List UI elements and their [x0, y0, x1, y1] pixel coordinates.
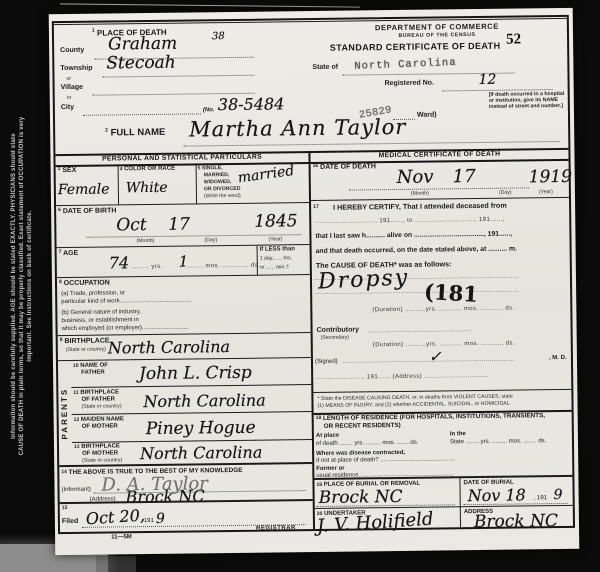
- form-imprint: 11—5M: [111, 534, 132, 541]
- mother-name-value: Piney Hogue: [146, 418, 256, 439]
- contributory-sub: (Secondary): [321, 335, 349, 342]
- birth-month-value: Oct: [116, 215, 147, 235]
- field-number: 1: [92, 28, 95, 34]
- ward-label: Ward): [417, 111, 437, 119]
- birth-day-sub: (Day): [204, 237, 217, 243]
- left-margin-instructions: information should be carefully supplied…: [9, 0, 37, 572]
- age-years-value: 74: [109, 253, 130, 272]
- file-no-label: (No.: [203, 107, 215, 114]
- birth-year-sub: (Year): [268, 236, 282, 242]
- parents-vertical-label: PARENTS: [60, 374, 70, 454]
- cause-value: Dropsy: [317, 265, 409, 294]
- sex-label: 3 SEX: [58, 167, 77, 175]
- certificate-title: STANDARD CERTIFICATE OF DEATH: [300, 40, 530, 53]
- sex-color-marital-row: 3 SEX Female 4 COLOR OR RACE White 5 SIN…: [56, 162, 309, 205]
- margin-line-3: important. See instructions on back of c…: [26, 16, 34, 556]
- sex-cell: 3 SEX Female: [56, 164, 119, 205]
- undertaker-address-value: Brock NC: [474, 511, 558, 532]
- death-month-value: Nov: [397, 167, 434, 188]
- residence-block: 18 LENGTH OF RESIDENCE (FOR HOSPITALS, I…: [314, 411, 573, 478]
- cause-code: (181: [423, 279, 478, 307]
- filed-date-value: Oct 20,: [85, 506, 145, 529]
- burial-year-hw: 9: [554, 487, 563, 503]
- residence-in-state: State ........ yrs. ......... mos. .....…: [450, 438, 546, 446]
- county-value: Graham: [108, 34, 177, 55]
- certify-line-1: I HEREBY CERTIFY, That I attended deceas…: [333, 202, 507, 212]
- cause-of-death-block: The CAUSE OF DEATH* was as follows: ....…: [312, 257, 571, 325]
- death-month-sub: (Month): [411, 191, 429, 197]
- birthplace-value: North Carolina: [108, 337, 230, 357]
- mother-birthplace-value: North Carolina: [140, 443, 262, 463]
- certificate-number: 52: [506, 31, 521, 48]
- or-label-1: or: [66, 76, 71, 82]
- age-label: 7 AGE: [59, 250, 79, 258]
- certify-line-2: ............................., 191......…: [315, 217, 505, 227]
- death-day-value: 17: [453, 166, 476, 187]
- father-name-value: John L. Crisp: [139, 363, 252, 384]
- certify-block: 17 I HEREBY CERTIFY, That I attended dec…: [311, 197, 570, 261]
- certify-line-4: and that death occurred, on the date sta…: [316, 246, 517, 255]
- father-birthplace-value: North Carolina: [143, 391, 265, 411]
- death-year-sub: (Year): [539, 189, 553, 195]
- occupation-row: 8 OCCUPATION (a) Trade, profession, or p…: [57, 274, 311, 336]
- township-value: Stecoah: [106, 53, 176, 74]
- township-line: [102, 75, 254, 78]
- residence-label: 18 LENGTH OF RESIDENCE (FOR HOSPITALS, I…: [316, 412, 545, 422]
- age-years-unit: ........ yrs.: [133, 264, 163, 272]
- filed-year-hw: 9: [156, 511, 165, 527]
- marital-sub: (Write the word): [204, 193, 241, 200]
- hospital-note: [If death occurred in a hospital or inst…: [489, 91, 565, 111]
- informant-label: (Informant): [61, 487, 90, 495]
- marital-label: 5 SINGLE,: [198, 165, 223, 172]
- full-name-label: 2 FULL NAME: [105, 128, 165, 140]
- filed-number: 15: [62, 505, 68, 511]
- scanner-gray-patch-small: [96, 556, 136, 572]
- burial-place-cell: 19 PLACE OF BURIAL OR REMOVAL Brock NC: [314, 478, 460, 510]
- father-birthplace-row: 11 BIRTHPLACE OF FATHER (State or countr…: [71, 384, 311, 415]
- sex-value: Female: [58, 181, 110, 198]
- residence-contracted: if not at place of death? ..............…: [316, 456, 455, 465]
- mother-name-row: 12 MAIDEN NAME OF MOTHER Piney Hogue: [72, 411, 312, 443]
- full-name-line: [183, 141, 559, 147]
- burial-place-value: Brock NC: [319, 487, 403, 508]
- scanned-death-certificate: information should be carefully supplied…: [0, 0, 600, 572]
- death-date-row: 16 DATE OF DEATH Nov 17 1919 (Month) (Da…: [311, 159, 569, 200]
- age-months-unit: ........ mos. ............. ds.: [187, 263, 261, 272]
- birthplace-sub: (State or country): [66, 347, 106, 354]
- township-label: Township: [60, 65, 92, 73]
- filed-row: 15 Filed Oct 20, 191 9 REGISTRAR: [60, 499, 313, 534]
- contributory-duration: (Duration) ..........yrs. ........... mo…: [373, 341, 515, 351]
- signed-date-address-line: ......................., 191...... (Addr…: [315, 373, 488, 383]
- film-scratch: [60, 3, 360, 7]
- birth-date-row: 6 DATE OF BIRTH Oct 17 1845 (Month) (Day…: [56, 202, 310, 248]
- registered-no-value: 12: [478, 72, 496, 88]
- margin-line-2: CAUSE OF DEATH in plain terms, so that i…: [18, 16, 26, 556]
- footnote-line-2: (1) MEANS OF INJURY; and (2) whether ACC…: [317, 401, 511, 410]
- birth-year-value: 1845: [254, 211, 298, 232]
- signed-label: (Signed): [315, 359, 338, 366]
- signed-check-mark: ✓: [429, 347, 442, 365]
- state-value-stamp: North Carolina: [354, 57, 457, 73]
- burial-date-value: Nov 18: [468, 485, 526, 505]
- occupation-label: 8 OCCUPATION: [59, 279, 110, 288]
- personal-column: PERSONAL AND STATISTICAL PARTICULARS 3 S…: [55, 151, 313, 532]
- death-date-label: 16 DATE OF DEATH: [313, 163, 376, 172]
- color-cell: 4 COLOR OR RACE White: [118, 163, 197, 204]
- city-label: City: [61, 104, 74, 112]
- residence-at-place: of death ........ yrs. ......... mos. ..…: [316, 440, 418, 448]
- age-row: 7 AGE 74 ........ yrs. 1 ........ mos. .…: [57, 244, 310, 278]
- birthplace-label: 9 BIRTHPLACE: [60, 338, 110, 347]
- color-label: 4 COLOR OR RACE: [120, 166, 176, 174]
- certificate-border-box: 1 PLACE OF DEATH County Graham 38 Townsh…: [52, 15, 575, 534]
- marital-cell: 5 SINGLE, MARRIED, WIDOWED, OR DIVORCED …: [196, 162, 309, 203]
- undertaker-address-cell: ADDRESS Brock NC: [460, 506, 573, 528]
- certificate-header: 1 PLACE OF DEATH County Graham 38 Townsh…: [54, 17, 569, 156]
- state-label: State of: [312, 64, 338, 72]
- city-line: [83, 113, 201, 115]
- county-label: County: [60, 47, 84, 55]
- age-less-than-cell: If LESS than 1 day,...... hrs. or ......…: [257, 245, 311, 276]
- signed-md: , M. D.: [549, 355, 567, 362]
- parents-label-strip: PARENTS: [58, 360, 72, 466]
- county-code: 38: [212, 31, 225, 42]
- birth-date-label: 6 DATE OF BIRTH: [58, 207, 116, 216]
- birth-month-sub: (Month): [136, 238, 154, 244]
- medical-column: MEDICAL CERTIFICATE OF DEATH 16 DATE OF …: [308, 148, 573, 529]
- registrar-label: REGISTRAR: [256, 525, 296, 533]
- contributory-blank: ........................................…: [369, 327, 472, 336]
- undertaker-row: 20 UNDERTAKER J. V. Holifield ADDRESS Br…: [315, 505, 573, 530]
- signed-block: (Signed) ...............................…: [313, 352, 571, 392]
- burial-year-printed: , 191: [534, 495, 547, 502]
- informant-row: 14 THE ABOVE IS TRUE TO THE BEST OF MY K…: [59, 462, 312, 504]
- certify-line-3: that I last saw h.......... alive on ...…: [315, 231, 512, 240]
- certificate-paper: 1 PLACE OF DEATH County Graham 38 Townsh…: [49, 8, 580, 555]
- death-day-sub: (Day): [499, 190, 512, 196]
- burial-date-cell: DATE OF BURIAL Nov 18 , 191 9: [459, 477, 572, 508]
- filed-label: Filed: [62, 518, 78, 526]
- or-label-2: or: [67, 95, 72, 101]
- full-name-value: Martha Ann Taylor: [189, 115, 407, 142]
- registered-no-label: Registered No.: [385, 80, 435, 89]
- birth-day-value: 17: [168, 215, 190, 235]
- father-name-row: 10 NAME OF FATHER John L. Crisp: [71, 357, 311, 388]
- marital-value: married: [237, 163, 295, 186]
- death-year-value: 1919: [529, 167, 573, 188]
- undertaker-cell: 20 UNDERTAKER J. V. Holifield: [315, 507, 461, 530]
- filed-year-printed: 191: [144, 518, 154, 525]
- cause-duration: (Duration) ..........yrs. ........... mo…: [372, 306, 514, 316]
- village-label: Village: [61, 84, 84, 92]
- color-value: White: [126, 180, 168, 197]
- certify-number: 17: [313, 204, 319, 210]
- file-no-value: 38-5484: [218, 94, 285, 114]
- margin-line-1: information should be carefully supplied…: [10, 16, 18, 556]
